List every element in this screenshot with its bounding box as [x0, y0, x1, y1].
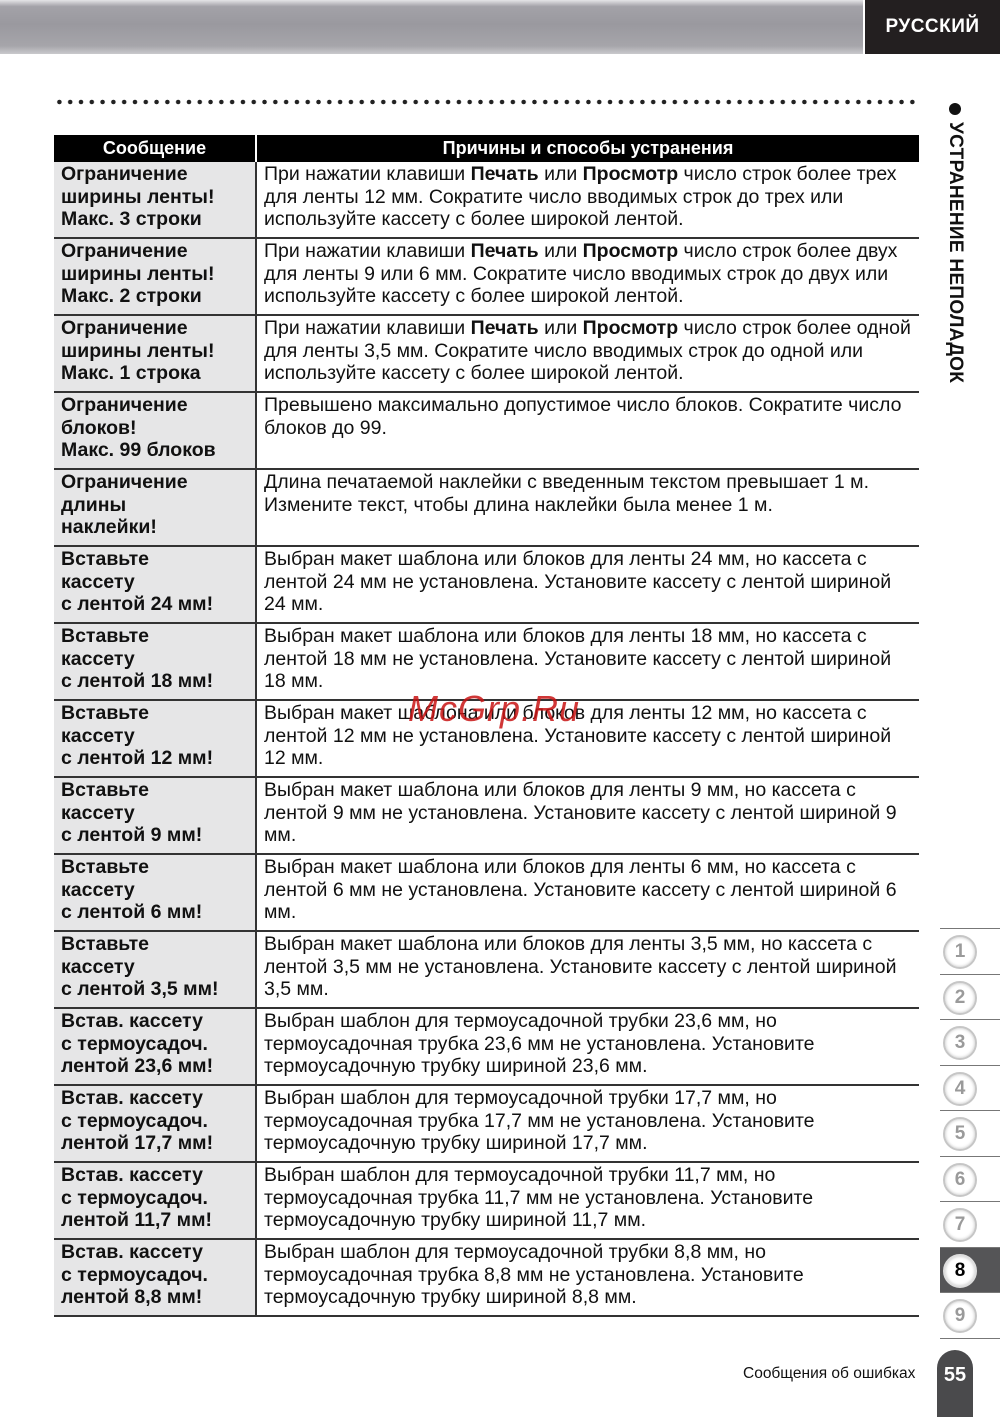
key-name: Печать [471, 317, 539, 339]
table-row: Встав. кассетус термоусадоч.лентой 23,6 … [54, 1008, 919, 1085]
chapter-tab-4[interactable]: 4 [940, 1065, 1000, 1111]
chapter-number-circle-icon: 2 [943, 981, 977, 1015]
cause-remedy-cell: При нажатии клавиши Печать или Просмотр … [256, 238, 919, 315]
dotted-divider [54, 98, 920, 106]
table-row: Ограничениеширины ленты!Макс. 1 строкаПр… [54, 315, 919, 392]
chapter-tab-9[interactable]: 9 [940, 1292, 1000, 1339]
chapter-number-circle-icon: 7 [943, 1208, 977, 1242]
error-message-cell: Встав. кассетус термоусадоч.лентой 17,7 … [54, 1085, 256, 1162]
cause-remedy-cell: Превышено максимально допустимое число б… [256, 392, 919, 469]
column-header-cause: Причины и способы устранения [256, 135, 919, 162]
table-row: Ограничениеблоков!Макс. 99 блоковПревыше… [54, 392, 919, 469]
message-line: с лентой 9 мм! [61, 824, 249, 847]
error-message-cell: Ограничениеширины ленты!Макс. 2 строки [54, 238, 256, 315]
cause-remedy-cell: Выбран макет шаблона или блоков для лент… [256, 854, 919, 931]
chapter-tab-2[interactable]: 2 [940, 974, 1000, 1020]
message-line: лентой 23,6 мм! [61, 1055, 249, 1078]
message-line: Ограничение [61, 240, 249, 263]
message-line: с термоусадоч. [61, 1264, 249, 1287]
message-line: с термоусадоч. [61, 1110, 249, 1133]
chapter-number-circle-icon: 5 [943, 1117, 977, 1151]
table-row: Вставьтекассетус лентой 9 мм!Выбран маке… [54, 777, 919, 854]
bullet-icon [949, 103, 961, 115]
table-row: Вставьтекассетус лентой 3,5 мм!Выбран ма… [54, 931, 919, 1008]
message-line: блоков! [61, 417, 249, 440]
message-line: кассету [61, 725, 249, 748]
error-message-cell: Ограничениеблоков!Макс. 99 блоков [54, 392, 256, 469]
cause-text: При нажатии клавиши [264, 240, 471, 262]
message-line: кассету [61, 648, 249, 671]
language-tab: РУССКИЙ [865, 0, 1000, 54]
cause-text: Выбран макет шаблона или блоков для лент… [264, 933, 897, 1000]
table-row: Вставьтекассетус лентой 18 мм!Выбран мак… [54, 623, 919, 700]
footer-section-label: Сообщения об ошибках [743, 1365, 915, 1383]
column-header-message: Сообщение [54, 135, 256, 162]
message-line: лентой 11,7 мм! [61, 1209, 249, 1232]
cause-text: Выбран шаблон для термоусадочной трубки … [264, 1087, 815, 1154]
cause-remedy-cell: При нажатии клавиши Печать или Просмотр … [256, 315, 919, 392]
key-name: Печать [471, 163, 539, 185]
chapter-tab-8[interactable]: 8 [940, 1247, 1000, 1293]
message-line: длины [61, 494, 249, 517]
message-line: с термоусадоч. [61, 1033, 249, 1056]
cause-remedy-cell: Выбран шаблон для термоусадочной трубки … [256, 1008, 919, 1085]
error-message-cell: Встав. кассетус термоусадоч.лентой 11,7 … [54, 1162, 256, 1239]
message-line: с лентой 18 мм! [61, 670, 249, 693]
message-line: Макс. 1 строка [61, 362, 249, 385]
error-message-cell: Встав. кассетус термоусадоч.лентой 8,8 м… [54, 1239, 256, 1316]
message-line: кассету [61, 802, 249, 825]
message-line: Встав. кассету [61, 1241, 249, 1264]
cause-remedy-cell: Выбран макет шаблона или блоков для лент… [256, 700, 919, 777]
error-message-cell: Вставьтекассетус лентой 3,5 мм! [54, 931, 256, 1008]
chapter-tab-6[interactable]: 6 [940, 1156, 1000, 1202]
message-line: Вставьте [61, 625, 249, 648]
cause-text: Выбран макет шаблона или блоков для лент… [264, 779, 897, 846]
message-line: Встав. кассету [61, 1164, 249, 1187]
cause-text: Превышено максимально допустимое число б… [264, 394, 901, 439]
cause-text: При нажатии клавиши [264, 317, 471, 339]
message-line: ширины ленты! [61, 186, 249, 209]
table-row: Вставьтекассетус лентой 6 мм!Выбран маке… [54, 854, 919, 931]
chapter-number-circle-icon: 9 [943, 1299, 977, 1333]
cause-text: Выбран шаблон для термоусадочной трубки … [264, 1164, 813, 1231]
cause-remedy-cell: Длина печатаемой наклейки с введенным те… [256, 469, 919, 546]
table-row: Ограничениеширины ленты!Макс. 2 строкиПр… [54, 238, 919, 315]
chapter-number-circle-icon: 8 [943, 1254, 977, 1288]
cause-remedy-cell: Выбран шаблон для термоусадочной трубки … [256, 1239, 919, 1316]
message-line: с лентой 3,5 мм! [61, 978, 249, 1001]
chapter-number-circle-icon: 3 [943, 1026, 977, 1060]
message-line: Вставьте [61, 548, 249, 571]
chapter-number-circle-icon: 4 [943, 1072, 977, 1106]
cause-remedy-cell: Выбран макет шаблона или блоков для лент… [256, 931, 919, 1008]
cause-text: или [539, 163, 583, 185]
message-line: кассету [61, 571, 249, 594]
message-line: Макс. 3 строки [61, 208, 249, 231]
message-line: с лентой 6 мм! [61, 901, 249, 924]
cause-remedy-cell: При нажатии клавиши Печать или Просмотр … [256, 162, 919, 238]
key-name: Просмотр [583, 240, 678, 262]
error-message-cell: Ограничениеширины ленты!Макс. 1 строка [54, 315, 256, 392]
error-message-cell: Ограничениедлинынаклейки! [54, 469, 256, 546]
message-line: Макс. 99 блоков [61, 439, 249, 462]
message-line: кассету [61, 956, 249, 979]
key-name: Печать [471, 240, 539, 262]
message-line: с термоусадоч. [61, 1187, 249, 1210]
chapter-tab-3[interactable]: 3 [940, 1019, 1000, 1065]
message-line: Ограничение [61, 394, 249, 417]
section-title-vertical: УСТРАНЕНИЕ НЕПОЛАДОК [944, 122, 966, 383]
table-row: Встав. кассетус термоусадоч.лентой 17,7 … [54, 1085, 919, 1162]
cause-text: Выбран макет шаблона или блоков для лент… [264, 625, 891, 692]
message-line: Ограничение [61, 471, 249, 494]
table-row: Встав. кассетус термоусадоч.лентой 8,8 м… [54, 1239, 919, 1316]
error-message-cell: Вставьтекассетус лентой 24 мм! [54, 546, 256, 623]
cause-remedy-cell: Выбран макет шаблона или блоков для лент… [256, 777, 919, 854]
cause-text: При нажатии клавиши [264, 163, 471, 185]
message-line: лентой 8,8 мм! [61, 1286, 249, 1309]
error-message-cell: Ограничениеширины ленты!Макс. 3 строки [54, 162, 256, 238]
error-message-cell: Вставьтекассетус лентой 6 мм! [54, 854, 256, 931]
message-line: кассету [61, 879, 249, 902]
key-name: Просмотр [583, 317, 678, 339]
message-line: с лентой 12 мм! [61, 747, 249, 770]
cause-text: или [539, 240, 583, 262]
table-row: Встав. кассетус термоусадоч.лентой 11,7 … [54, 1162, 919, 1239]
message-line: Вставьте [61, 779, 249, 802]
message-line: ширины ленты! [61, 340, 249, 363]
table-row: Вставьтекассетус лентой 12 мм!Выбран мак… [54, 700, 919, 777]
error-message-cell: Встав. кассетус термоусадоч.лентой 23,6 … [54, 1008, 256, 1085]
cause-remedy-cell: Выбран шаблон для термоусадочной трубки … [256, 1162, 919, 1239]
cause-text: или [539, 317, 583, 339]
cause-text: Выбран шаблон для термоусадочной трубки … [264, 1241, 804, 1308]
message-line: Макс. 2 строки [61, 285, 249, 308]
message-line: Встав. кассету [61, 1010, 249, 1033]
cause-remedy-cell: Выбран макет шаблона или блоков для лент… [256, 623, 919, 700]
message-line: Вставьте [61, 933, 249, 956]
message-line: Ограничение [61, 163, 249, 186]
chapter-tab-5[interactable]: 5 [940, 1110, 1000, 1156]
message-line: Встав. кассету [61, 1087, 249, 1110]
message-line: наклейки! [61, 516, 249, 539]
error-message-cell: Вставьтекассетус лентой 9 мм! [54, 777, 256, 854]
chapter-number-circle-icon: 6 [943, 1163, 977, 1197]
cause-text: Выбран макет шаблона или блоков для лент… [264, 856, 897, 923]
cause-remedy-cell: Выбран макет шаблона или блоков для лент… [256, 546, 919, 623]
message-line: Ограничение [61, 317, 249, 340]
table-row: Вставьтекассетус лентой 24 мм!Выбран мак… [54, 546, 919, 623]
error-message-cell: Вставьтекассетус лентой 12 мм! [54, 700, 256, 777]
chapter-index: 123456789 [940, 928, 1000, 1339]
cause-text: Выбран макет шаблона или блоков для лент… [264, 548, 891, 615]
table-row: Ограничениедлинынаклейки!Длина печатаемо… [54, 469, 919, 546]
cause-text: Выбран шаблон для термоусадочной трубки … [264, 1010, 815, 1077]
chapter-tab-1[interactable]: 1 [940, 928, 1000, 974]
table-row: Ограничениеширины ленты!Макс. 3 строкиПр… [54, 162, 919, 238]
message-line: Вставьте [61, 702, 249, 725]
header-band [0, 0, 863, 54]
page-number: 55 [937, 1350, 973, 1417]
cause-text: Длина печатаемой наклейки с введенным те… [264, 471, 869, 516]
cause-text: Выбран макет шаблона или блоков для лент… [264, 702, 891, 769]
table-header-row: Сообщение Причины и способы устранения [54, 135, 919, 162]
message-line: ширины ленты! [61, 263, 249, 286]
message-line: с лентой 24 мм! [61, 593, 249, 616]
error-message-cell: Вставьтекассетус лентой 18 мм! [54, 623, 256, 700]
message-line: лентой 17,7 мм! [61, 1132, 249, 1155]
chapter-tab-7[interactable]: 7 [940, 1201, 1000, 1247]
cause-remedy-cell: Выбран шаблон для термоусадочной трубки … [256, 1085, 919, 1162]
message-line: Вставьте [61, 856, 249, 879]
error-messages-table: Сообщение Причины и способы устранения О… [54, 135, 919, 1317]
key-name: Просмотр [583, 163, 678, 185]
chapter-number-circle-icon: 1 [943, 935, 977, 969]
